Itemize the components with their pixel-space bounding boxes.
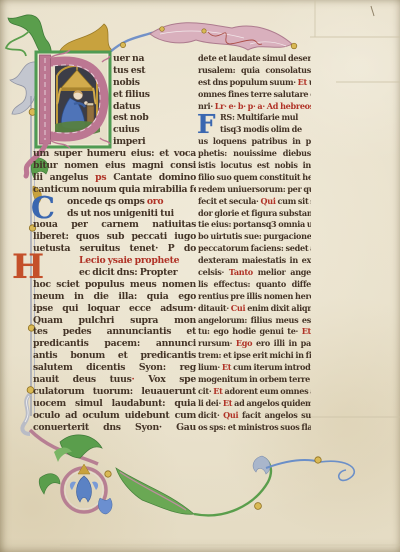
text-segment: uer na — [113, 53, 144, 64]
text-segment: facit angelos su — [238, 410, 311, 420]
text-segment: imperi — [113, 136, 145, 147]
text-line: lis effectus: quanto diffe — [198, 279, 311, 291]
text-segment: phetis: nouissime diebus — [198, 148, 311, 158]
text-line: trem: et ipse erit michi in fi — [198, 350, 311, 362]
text-segment: ds ut nos unigeniti tui — [67, 208, 174, 219]
text-segment: fecit et secula· — [198, 196, 260, 206]
initial-f-epistle: F — [197, 112, 215, 138]
text-segment: Qui — [223, 410, 238, 420]
text-line: dexteram maiestatis in ex — [198, 255, 311, 267]
text-line: est dns populum suum· Et uidebit — [198, 77, 311, 89]
text-segment: dexteram maiestatis in ex — [198, 255, 311, 265]
initial-h-lesson: H — [12, 250, 44, 284]
text-segment: oculo ad oculum uidebunt cum — [33, 410, 196, 421]
text-segment: canticum nouum quia mirabilia fecit· — [33, 184, 196, 195]
text-line: nauit deus tuus· Vox spe — [33, 374, 196, 386]
text-segment: uidebit — [307, 77, 311, 87]
text-line: uer na — [33, 53, 196, 65]
text-line: tie eius: portansq3 omnia uer — [198, 219, 311, 231]
text-segment: predicantis pacem: annunci — [33, 338, 196, 349]
text-line: bitur nomen eius magni consi — [33, 160, 196, 172]
text-line: rursum· Ego ero illi in pa — [198, 338, 311, 350]
text-line: peccatorum faciens: sedet ad — [198, 243, 311, 255]
text-segment: Quam pulchri supra mon — [33, 315, 196, 326]
text-line: et filius — [33, 89, 196, 101]
text-segment: rusalem: quia consolatus — [198, 65, 311, 75]
text-segment: tisq3 modis olim de — [220, 124, 302, 134]
text-line: uetusta seruitus tenet· P do — [33, 243, 196, 255]
text-segment: dete et laudate simul deserta ie — [198, 53, 311, 63]
text-segment: dor glorie et figura substan — [198, 208, 311, 218]
text-segment: datus — [113, 101, 140, 112]
text-line: imperi — [33, 136, 196, 148]
text-line: lii angelus ps Cantate domino — [33, 172, 196, 184]
text-segment: uetusta seruitus tenet· P do — [33, 243, 196, 254]
text-segment: redem uniuersorum: per quem — [198, 184, 311, 194]
text-segment: Et — [298, 77, 307, 87]
blue-stem — [266, 460, 320, 468]
text-segment: cit· — [198, 386, 213, 396]
text-segment: oncede qs omps — [67, 196, 147, 207]
text-segment: culatorum tuorum: leuauerunt — [33, 386, 196, 397]
text-line: predicantis pacem: annunci — [33, 338, 196, 350]
text-line: est nob — [33, 112, 196, 124]
text-segment: nobis — [113, 77, 140, 88]
text-line: celsis· Tanto melior ange — [198, 267, 311, 279]
text-segment: cum sit sple — [276, 196, 311, 206]
text-segment: RS: Multifarie mul — [220, 112, 298, 122]
text-line: tu: ego hodie genui te· Et — [198, 326, 311, 338]
green-tendril — [6, 30, 30, 56]
gold-acanthus-leaf — [58, 24, 112, 54]
manuscript-page: uer natus estnobiset filiusdatusest nobc… — [0, 0, 400, 552]
text-segment: lii angelus — [33, 172, 95, 183]
text-line: cit· Et adorent eum omnes ange — [198, 386, 311, 398]
text-segment: um super humeru eius: et voca — [33, 148, 196, 159]
text-line: li dei· Et ad angelos quidem — [198, 398, 311, 410]
text-segment: rursum· — [198, 338, 236, 348]
blue-bell-flower — [98, 498, 112, 514]
text-line: ipse qui loquar ecce adsum· — [33, 303, 196, 315]
text-segment: filio suo quem constituit he — [198, 172, 311, 182]
text-segment: Lecio ysaie prophete — [79, 255, 179, 266]
text-segment: Et — [222, 362, 231, 372]
text-line: dete et laudate simul deserta ie — [198, 53, 311, 65]
text-line: mogenitum in orbem terre di — [198, 374, 311, 386]
text-line: os sps: et ministros suos fla — [198, 422, 311, 434]
text-segment: bitur nomen eius magni consi — [33, 160, 196, 171]
blue-terminal-squiggle — [320, 461, 354, 480]
text-segment: trem: et ipse erit michi in fi — [198, 350, 311, 360]
text-segment: tus est — [113, 65, 145, 76]
text-segment: ipse qui loquar ecce adsum· — [33, 303, 196, 314]
text-segment: ec dicit dns: Propter — [79, 267, 177, 278]
text-line: redem uniuersorum: per quem — [198, 184, 311, 196]
text-segment: dicit· — [198, 410, 223, 420]
left-text-column: uer natus estnobiset filiusdatusest nobc… — [33, 53, 196, 434]
text-line: antis bonum et predicantis — [33, 350, 196, 362]
text-segment: rentius pre illis nomen here — [198, 291, 311, 301]
text-segment: lis effectus: quanto diffe — [198, 279, 311, 289]
text-segment: Tanto — [229, 267, 253, 277]
text-line: Lecio ysaie prophete — [33, 255, 196, 267]
text-segment: ero illi in pa — [252, 338, 311, 348]
text-line: noua per carnem natiuitas — [33, 219, 196, 231]
text-line: angelorum: filius meus es — [198, 315, 311, 327]
text-line: hoc sciet populus meus nomen — [33, 279, 196, 291]
text-segment: Et — [302, 326, 311, 336]
text-line: phetis: nouissime diebus — [198, 148, 311, 160]
text-line: tus est — [33, 65, 196, 77]
gray-blue-leaf — [253, 456, 270, 474]
text-line: conuerterit dns Syon· Gau — [33, 422, 196, 434]
text-segment: Cantate domino — [113, 172, 196, 183]
text-line: uocem simul laudabunt: quia — [33, 398, 196, 410]
text-line: canticum nouum quia mirabilia fecit· — [33, 184, 196, 196]
text-segment: tes pedes annunciantis et — [33, 326, 196, 337]
pink-acanthus-spray — [150, 23, 292, 50]
text-line: cuius — [33, 124, 196, 136]
text-segment: istis locutus est nobis in — [198, 160, 311, 170]
text-segment: ditauit· — [198, 303, 231, 313]
text-line: um super humeru eius: et voca — [33, 148, 196, 160]
text-segment: omnes fines terre salutare di — [198, 89, 311, 99]
text-line: tes pedes annunciantis et — [33, 326, 196, 338]
text-segment: li dei· — [198, 398, 223, 408]
text-segment: · — [132, 374, 149, 385]
text-line: salutem dicentis Syon: reg — [33, 362, 196, 374]
text-line: Quam pulchri supra mon — [33, 315, 196, 327]
text-line: rentius pre illis nomen here — [198, 291, 311, 303]
text-segment: hoc sciet populus meus nomen — [33, 279, 196, 290]
text-segment: tie eius: portansq3 omnia uer — [198, 219, 311, 229]
text-line: meum in die illa: quia ego — [33, 291, 196, 303]
text-segment: conuerterit dns Syon· Gau — [33, 422, 196, 433]
text-line: culatorum tuorum: leuauerunt — [33, 386, 196, 398]
text-line: dor glorie et figura substan — [198, 208, 311, 220]
text-segment: Et — [213, 386, 222, 396]
text-segment: Ego — [236, 338, 252, 348]
text-segment: adorent eum omnes ange — [223, 386, 311, 396]
text-segment: antis bonum et predicantis — [33, 350, 196, 361]
text-segment: os sps: et ministros suos fla — [198, 422, 311, 432]
text-segment: peccatorum faciens: sedet ad — [198, 243, 311, 253]
text-segment: celsis· — [198, 267, 229, 277]
text-segment: bo uirtutis sue: purgacionem — [198, 231, 311, 241]
text-segment: et filius — [113, 89, 150, 100]
text-segment: lium· — [198, 362, 222, 372]
silver-curl — [22, 394, 30, 434]
text-line: datus — [33, 101, 196, 113]
text-line: ditauit· Cui enim dixit aliqn — [198, 303, 311, 315]
text-segment: est nob — [113, 112, 148, 123]
text-segment: ad angelos quidem — [232, 398, 311, 408]
text-line: fecit et secula· Qui cum sit sple — [198, 196, 311, 208]
text-segment: angelorum: filius meus es — [198, 315, 311, 325]
text-segment: est dns populum suum· — [198, 77, 298, 87]
text-segment: cum iterum introducit p — [231, 362, 311, 372]
text-segment: enim dixit aliqn — [245, 303, 311, 313]
text-segment: cuius — [113, 124, 139, 135]
text-segment: uocem simul laudabunt: quia — [33, 398, 196, 409]
text-segment: tu: ego hodie genui te· — [198, 326, 302, 336]
text-line: bo uirtutis sue: purgacionem — [198, 231, 311, 243]
text-segment: noua per carnem natiuitas — [33, 219, 196, 230]
text-segment: Cui — [231, 303, 246, 313]
text-segment: Lr· e· b· p· a· Ad hebreos — [215, 101, 311, 111]
text-segment: meum in die illa: quia ego — [33, 291, 196, 302]
text-segment: melior ange — [253, 267, 311, 277]
text-line: filio suo quem constituit he — [198, 172, 311, 184]
green-cluster — [39, 474, 60, 494]
text-segment: salutem dicentis Syon: reg — [33, 362, 196, 373]
text-segment: Vox spe — [148, 374, 196, 385]
text-line: oculo ad oculum uidebunt cum — [33, 410, 196, 422]
text-line: ds ut nos unigeniti tui — [33, 208, 196, 220]
text-line: ec dicit dns: Propter — [33, 267, 196, 279]
text-segment: ps — [95, 172, 113, 183]
green-acanthus — [60, 435, 102, 458]
text-line: nobis — [33, 77, 196, 89]
text-line: lium· Et cum iterum introducit p — [198, 362, 311, 374]
pen-mark — [371, 6, 374, 16]
text-line: rusalem: quia consolatus — [198, 65, 311, 77]
text-line: dicit· Qui facit angelos su — [198, 410, 311, 422]
text-line: oncede qs omps oro — [33, 196, 196, 208]
text-segment: Qui — [260, 196, 275, 206]
initial-c-collect: C — [31, 194, 55, 224]
text-segment: oro — [147, 196, 163, 207]
text-segment: liberet: quos sub peccati iugo — [33, 231, 196, 242]
text-line: omnes fines terre salutare di — [198, 89, 311, 101]
text-line: liberet: quos sub peccati iugo — [33, 231, 196, 243]
text-segment: mogenitum in orbem terre di — [198, 374, 311, 384]
text-line: istis locutus est nobis in — [198, 160, 311, 172]
text-segment: nauit deus tuus — [33, 374, 132, 385]
text-segment: Et — [223, 398, 232, 408]
